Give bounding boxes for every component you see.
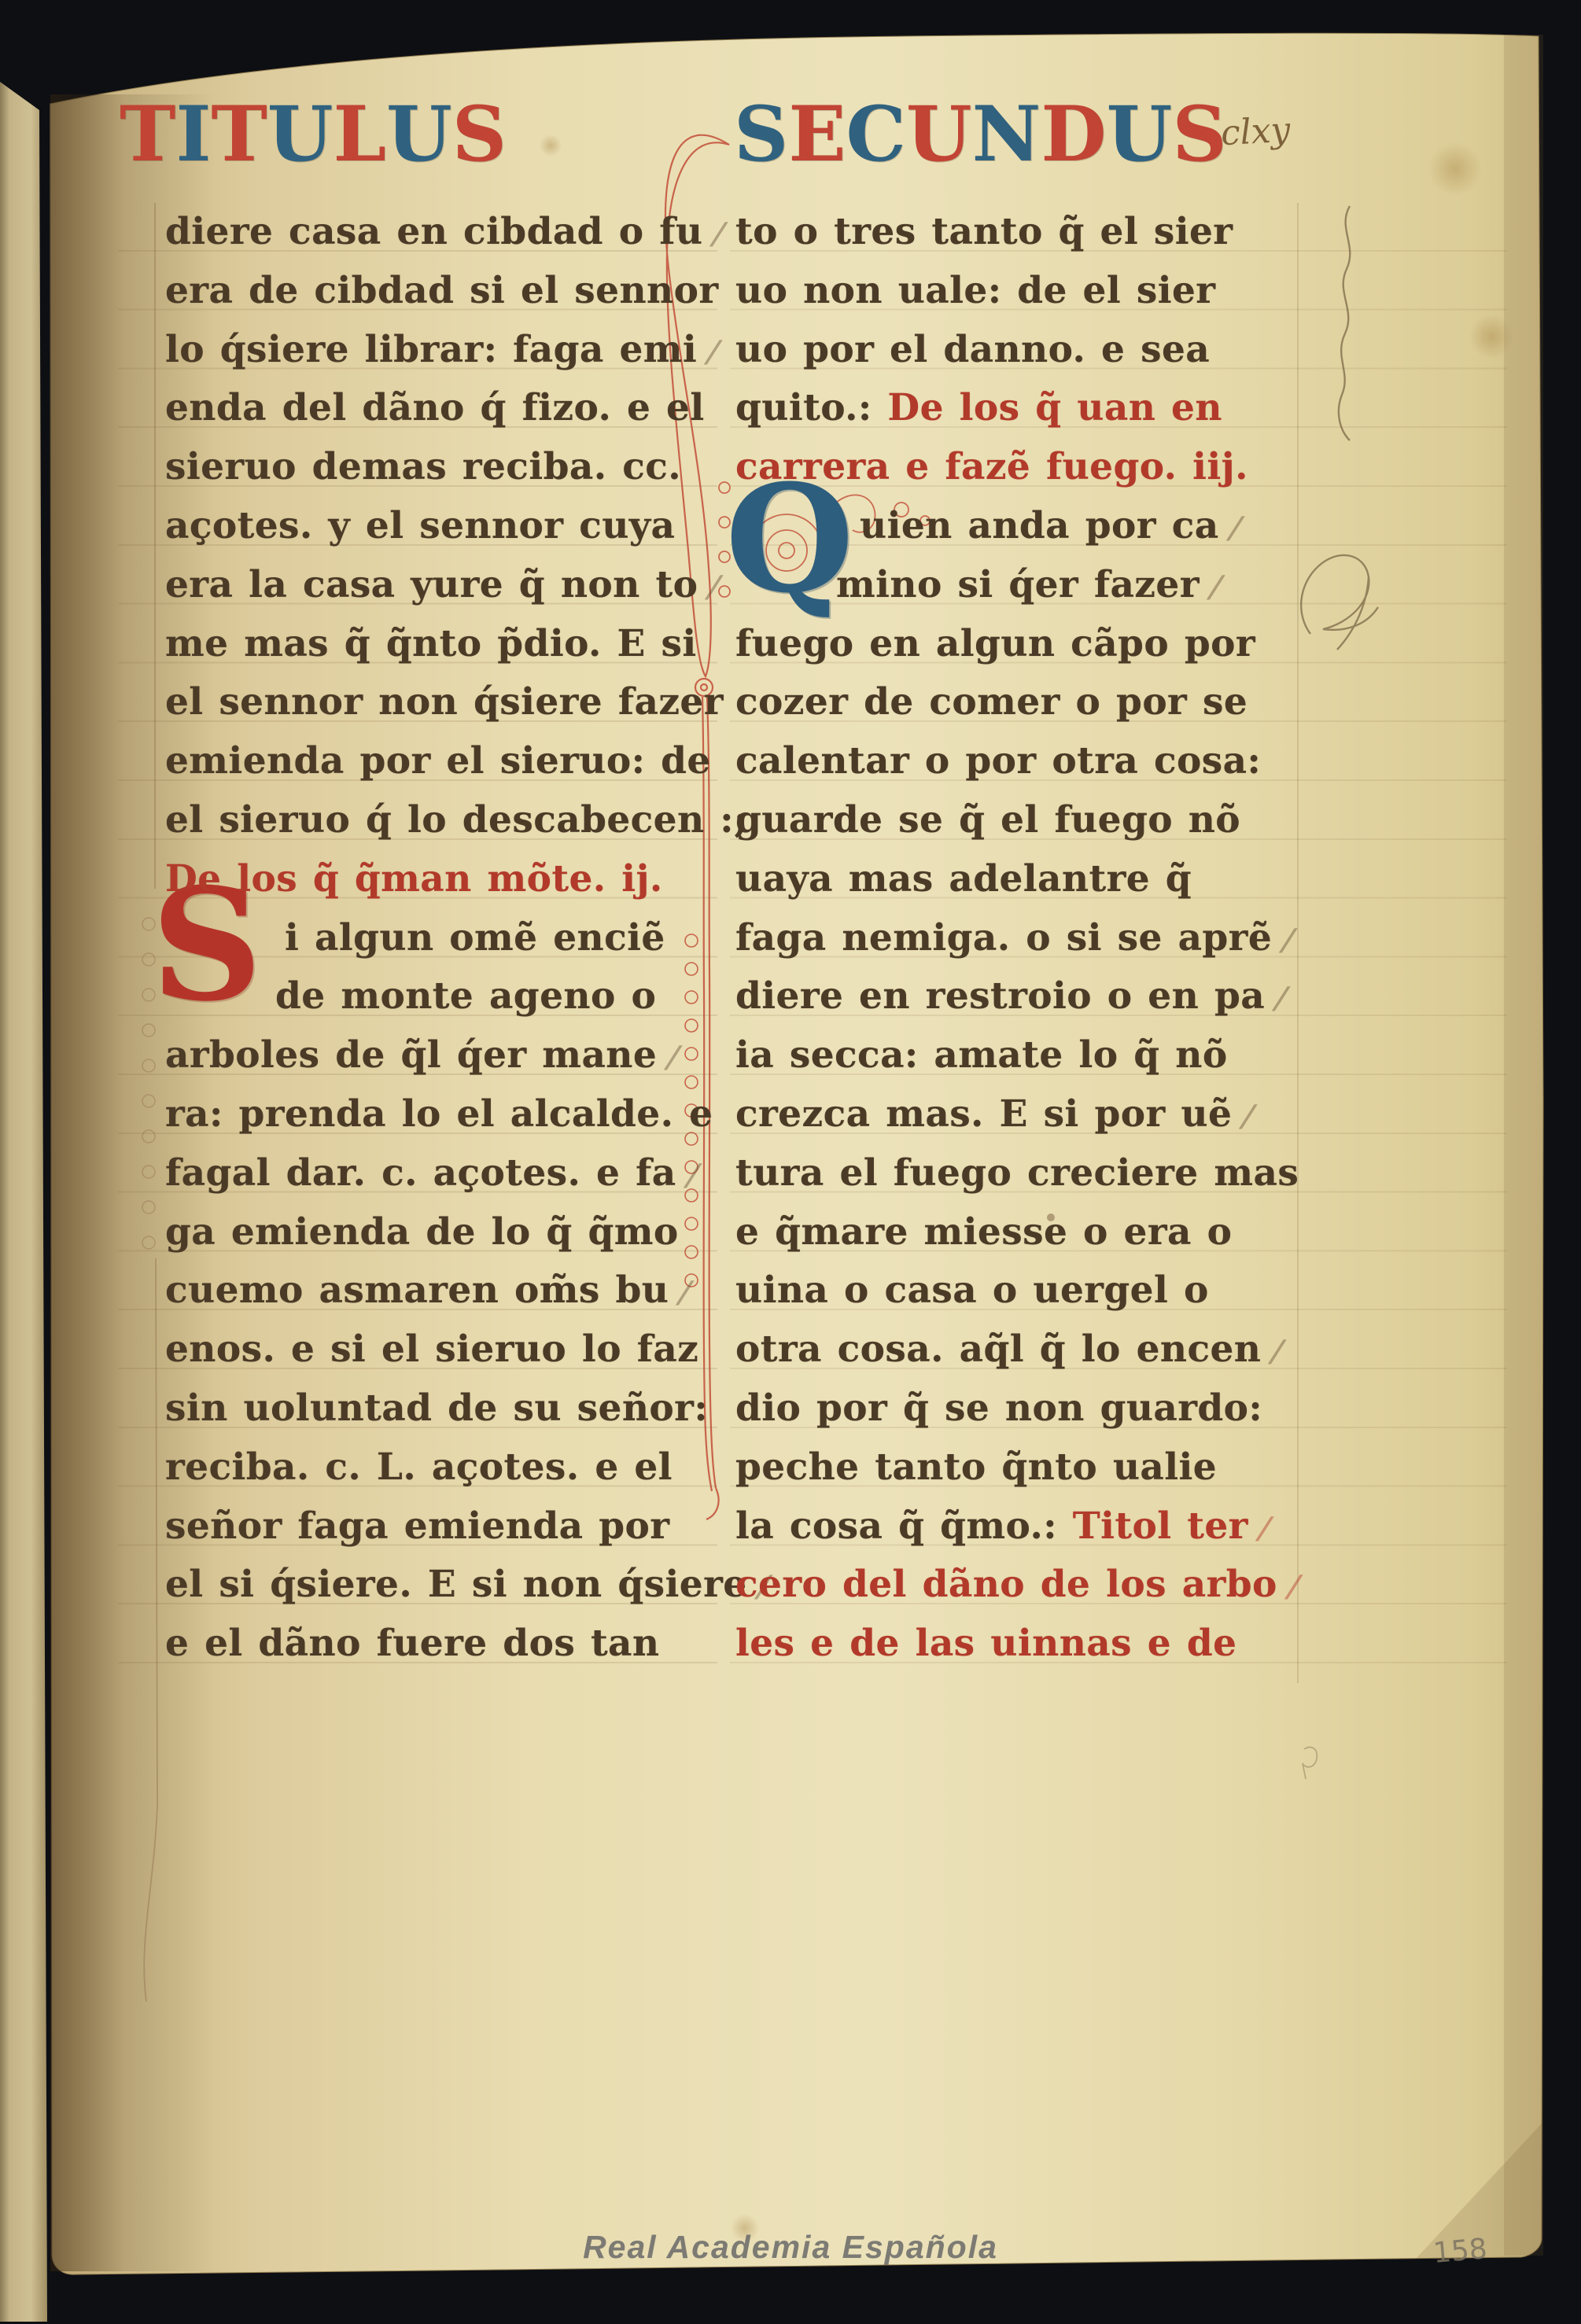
text-segment: me mas q̃ q̃nto p̃dio. E si xyxy=(165,622,697,665)
text-line: crezca mas. E si por uẽ/ xyxy=(735,1085,1302,1144)
text-line: lo q́siere librar: faga emi/ xyxy=(165,321,716,380)
title-letter: D xyxy=(1041,88,1106,181)
text-segment: Titol ter xyxy=(1073,1505,1248,1548)
text-segment: i algun omẽ enciẽ xyxy=(285,916,665,959)
text-segment: cozer de comer o por se xyxy=(735,680,1247,724)
title-letter: C xyxy=(846,88,906,181)
title-letter: E xyxy=(788,88,846,181)
text-line: el sennor non q́siere fazer xyxy=(165,673,716,732)
text-line: la cosa q̃ q̃mo.: Titol ter/ xyxy=(735,1497,1302,1556)
text-segment: diere casa en cibdad o fu xyxy=(165,210,702,253)
text-segment: uien anda por ca xyxy=(860,504,1219,547)
text-line: uien anda por ca/ xyxy=(735,497,1302,556)
text-line: era de cibdad si el sennor xyxy=(165,262,716,321)
text-segment: sin uoluntad de su señor: xyxy=(165,1387,708,1430)
text-segment: les e de las uinnas e de xyxy=(735,1622,1236,1665)
text-segment: ga emienda de lo q̃ q̃mo xyxy=(165,1210,679,1254)
text-line: diere en restroio o en pa/ xyxy=(735,967,1302,1026)
text-segment: De los q̃ uan en xyxy=(887,386,1222,429)
text-segment: el sieruo q́ lo descabecen :; xyxy=(165,798,748,842)
text-segment: señor faga emienda por xyxy=(165,1505,669,1548)
text-segment: calentar o por otra cosa: xyxy=(735,739,1261,783)
text-line: cuemo asmaren om̃s bu/ xyxy=(165,1261,716,1320)
text-column-left: diere casa en cibdad o fu/era de cibdad … xyxy=(165,203,716,1674)
text-segment: era de cibdad si el sennor xyxy=(165,269,719,312)
text-line: ga emienda de lo q̃ q̃mo xyxy=(165,1203,716,1262)
text-segment: era la casa yure q̃ non to xyxy=(165,563,698,606)
text-line: uo non uale: de el sier xyxy=(735,262,1302,321)
text-line: el si q́siere. E si non q́siere/ xyxy=(165,1556,716,1615)
text-line: diere casa en cibdad o fu/ xyxy=(165,203,716,262)
line-filler-hairline: / xyxy=(1201,558,1232,617)
text-segment: uaya mas adelantre q̃ xyxy=(735,857,1192,901)
text-segment: açotes. y el sennor cuya xyxy=(165,504,675,547)
text-line: açotes. y el sennor cuya xyxy=(165,497,716,556)
text-segment: de monte ageno o xyxy=(275,974,656,1018)
text-line: otra cosa. aq̃l q̃ lo encen/ xyxy=(735,1320,1302,1379)
text-line: reciba. c. L. açotes. e el xyxy=(165,1438,716,1497)
folio-margin-note: clxy xyxy=(1220,110,1292,154)
text-segment: to o tres tanto q̃ el sier xyxy=(735,210,1233,253)
text-line: uo por el danno. e sea xyxy=(735,321,1302,380)
text-segment: carrera e fazẽ fuego. iij. xyxy=(735,445,1248,488)
line-filler-hairline: / xyxy=(1266,969,1297,1028)
text-line: fuego en algun cãpo por xyxy=(735,615,1302,674)
text-segment: el si q́siere. E si non q́siere xyxy=(165,1563,747,1606)
text-line: faga nemiga. o si se aprẽ/ xyxy=(735,909,1302,968)
text-line: carrera e fazẽ fuego. iij. xyxy=(735,438,1302,497)
text-segment: quito.: xyxy=(735,386,887,429)
text-line: de monte ageno o xyxy=(165,967,716,1026)
text-line: e q̃mare miesse o era o xyxy=(735,1203,1302,1262)
title-letter: I xyxy=(175,88,211,181)
text-line: quito.: De los q̃ uan en xyxy=(735,379,1302,438)
text-segment: arboles de q̃l q́er mane xyxy=(165,1033,657,1077)
text-segment: emienda por el sieruo: de xyxy=(165,739,711,783)
text-segment: otra cosa. aq̃l q̃ lo encen xyxy=(735,1328,1261,1371)
folio-number: 158 xyxy=(1432,2233,1488,2270)
line-filler-hairline: / xyxy=(670,1263,701,1322)
text-segment: e el dãno fuere dos tan xyxy=(165,1622,659,1665)
text-segment: diere en restroio o en pa xyxy=(735,974,1265,1018)
text-segment: ra: prenda lo el alcalde. e xyxy=(165,1092,713,1136)
text-line: ra: prenda lo el alcalde. e xyxy=(165,1085,716,1144)
library-watermark: Real Academia Española xyxy=(472,2229,1109,2266)
text-segment: guarde se q̃ el fuego nõ xyxy=(735,798,1240,842)
text-line: cero del dãno de los arbo/ xyxy=(735,1556,1302,1615)
text-line: De los q̃ q̃man mõte. ij. xyxy=(165,850,716,909)
text-line: enda del dãno q́ fizo. e el xyxy=(165,379,716,438)
text-line: fagal dar. c. açotes. e fa/ xyxy=(165,1144,716,1203)
text-segment: reciba. c. L. açotes. e el xyxy=(165,1446,673,1489)
text-line: me mas q̃ q̃nto p̃dio. E si xyxy=(165,615,716,674)
text-line: sin uoluntad de su señor: xyxy=(165,1379,716,1438)
text-line: calentar o por otra cosa: xyxy=(735,732,1302,791)
text-segment: crezca mas. E si por uẽ xyxy=(735,1092,1232,1136)
title-letter: U xyxy=(1107,88,1173,181)
title-letter: S xyxy=(1172,88,1226,181)
text-line: cozer de comer o por se xyxy=(735,673,1302,732)
line-filler-hairline: / xyxy=(1273,911,1304,970)
text-line: señor faga emienda por xyxy=(165,1497,716,1556)
text-segment: enos. e si el sieruo lo faz xyxy=(165,1328,698,1371)
text-segment: uo por el danno. e sea xyxy=(735,328,1210,371)
line-filler-hairline: / xyxy=(1220,499,1251,558)
manuscript-scan: TITULUS SECUNDUS clxy S Q diere casa en … xyxy=(0,0,1581,2324)
text-column-right: to o tres tanto q̃ el sieruo non uale: d… xyxy=(735,203,1302,1674)
text-line: arboles de q̃l q́er mane/ xyxy=(165,1026,716,1085)
line-filler-hairline: / xyxy=(1233,1087,1264,1146)
text-segment: De los q̃ q̃man mõte. ij. xyxy=(165,857,663,901)
text-segment: dio por q̃ se non guardo: xyxy=(735,1387,1262,1430)
text-segment: la cosa q̃ q̃mo.: xyxy=(735,1505,1073,1548)
text-line: i algun omẽ enciẽ xyxy=(165,909,716,968)
text-line: mino si q́er fazer/ xyxy=(735,556,1302,615)
text-segment: peche tanto q̃nto ualie xyxy=(735,1446,1217,1489)
text-line: uina o casa o uergel o xyxy=(735,1261,1302,1320)
text-line: sieruo demas reciba. cc. xyxy=(165,438,716,497)
text-line: peche tanto q̃nto ualie xyxy=(735,1438,1302,1497)
title-letter: T xyxy=(120,88,175,181)
text-line: enos. e si el sieruo lo faz xyxy=(165,1320,716,1379)
title-letter: L xyxy=(334,88,387,181)
text-line: uaya mas adelantre q̃ xyxy=(735,850,1302,909)
running-title-right: SECUNDUS xyxy=(734,88,1190,190)
line-filler-hairline: / xyxy=(1250,1499,1281,1558)
text-segment: el sennor non q́siere fazer xyxy=(165,680,724,724)
title-letter: N xyxy=(972,88,1041,181)
title-letter: S xyxy=(452,88,507,181)
text-segment: uina o casa o uergel o xyxy=(735,1269,1209,1312)
text-segment: ia secca: amate lo q̃ nõ xyxy=(735,1033,1228,1077)
text-line: era la casa yure q̃ non to/ xyxy=(165,556,716,615)
text-segment: enda del dãno q́ fizo. e el xyxy=(165,386,705,429)
text-line: tura el fuego creciere mas xyxy=(735,1144,1302,1203)
text-segment: cero del dãno de los arbo xyxy=(735,1563,1277,1606)
text-segment: uo non uale: de el sier xyxy=(735,269,1215,312)
text-line: ia secca: amate lo q̃ nõ xyxy=(735,1026,1302,1085)
text-line: el sieruo q́ lo descabecen :; xyxy=(165,791,716,850)
line-filler-hairline: / xyxy=(658,1028,689,1087)
line-filler-hairline: / xyxy=(677,1146,708,1205)
text-segment: e q̃mare miesse o era o xyxy=(735,1210,1232,1254)
title-letter: U xyxy=(906,88,972,181)
title-letter: U xyxy=(386,88,452,181)
text-segment: fagal dar. c. açotes. e fa xyxy=(165,1151,676,1195)
text-line: les e de las uinnas e de xyxy=(735,1615,1302,1674)
text-line: to o tres tanto q̃ el sier xyxy=(735,203,1302,262)
text-segment: fuego en algun cãpo por xyxy=(735,622,1255,665)
text-segment: faga nemiga. o si se aprẽ xyxy=(735,916,1272,959)
previous-folio-edge xyxy=(0,82,47,2322)
text-segment: mino si q́er fazer xyxy=(836,563,1200,606)
title-letter: T xyxy=(211,88,267,181)
text-line: e el dãno fuere dos tan xyxy=(165,1615,716,1674)
text-segment: cuemo asmaren om̃s bu xyxy=(165,1269,669,1312)
text-segment: sieruo demas reciba. cc. xyxy=(165,445,681,488)
text-line: guarde se q̃ el fuego nõ xyxy=(735,791,1302,850)
text-line: dio por q̃ se non guardo: xyxy=(735,1379,1302,1438)
text-segment: tura el fuego creciere mas xyxy=(735,1151,1299,1195)
title-letter: U xyxy=(267,88,334,181)
title-letter: S xyxy=(734,88,788,181)
line-filler-hairline: / xyxy=(1262,1322,1293,1381)
text-line: emienda por el sieruo: de xyxy=(165,732,716,791)
text-segment: lo q́siere librar: faga emi xyxy=(165,328,697,371)
running-title-left: TITULUS xyxy=(120,88,412,190)
